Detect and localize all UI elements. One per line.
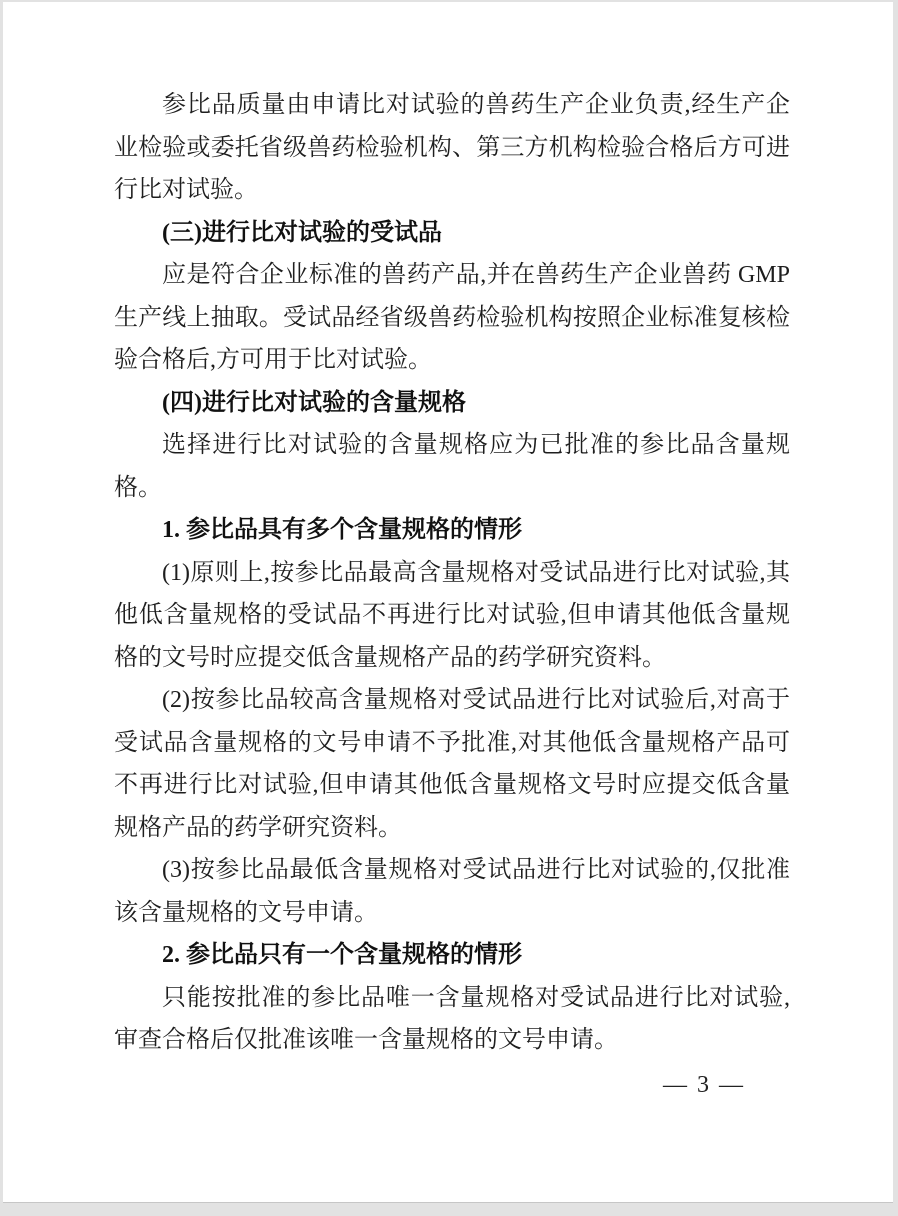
body-paragraph: 参比品质量由申请比对试验的兽药生产企业负责,经生产企业检验或委托省级兽药检验机构… — [114, 84, 790, 212]
section-heading: 1. 参比品具有多个含量规格的情形 — [114, 509, 790, 552]
body-paragraph: 选择进行比对试验的含量规格应为已批准的参比品含量规格。 — [114, 424, 790, 509]
section-heading: 2. 参比品只有一个含量规格的情形 — [114, 934, 790, 977]
section-heading: (三)进行比对试验的受试品 — [114, 212, 790, 255]
page-number: — 3 — — [663, 1070, 745, 1100]
body-paragraph: (2)按参比品较高含量规格对受试品进行比对试验后,对高于受试品含量规格的文号申请… — [114, 679, 790, 849]
body-paragraph: (3)按参比品最低含量规格对受试品进行比对试验的,仅批准该含量规格的文号申请。 — [114, 849, 790, 934]
document-body: 参比品质量由申请比对试验的兽药生产企业负责,经生产企业检验或委托省级兽药检验机构… — [114, 84, 790, 1062]
body-paragraph: 应是符合企业标准的兽药产品,并在兽药生产企业兽药 GMP 生产线上抽取。受试品经… — [114, 254, 790, 382]
body-paragraph: (1)原则上,按参比品最高含量规格对受试品进行比对试验,其他低含量规格的受试品不… — [114, 552, 790, 680]
body-paragraph: 只能按批准的参比品唯一含量规格对受试品进行比对试验,审查合格后仅批准该唯一含量规… — [114, 977, 790, 1062]
document-page: 参比品质量由申请比对试验的兽药生产企业负责,经生产企业检验或委托省级兽药检验机构… — [3, 2, 893, 1203]
section-heading: (四)进行比对试验的含量规格 — [114, 382, 790, 425]
